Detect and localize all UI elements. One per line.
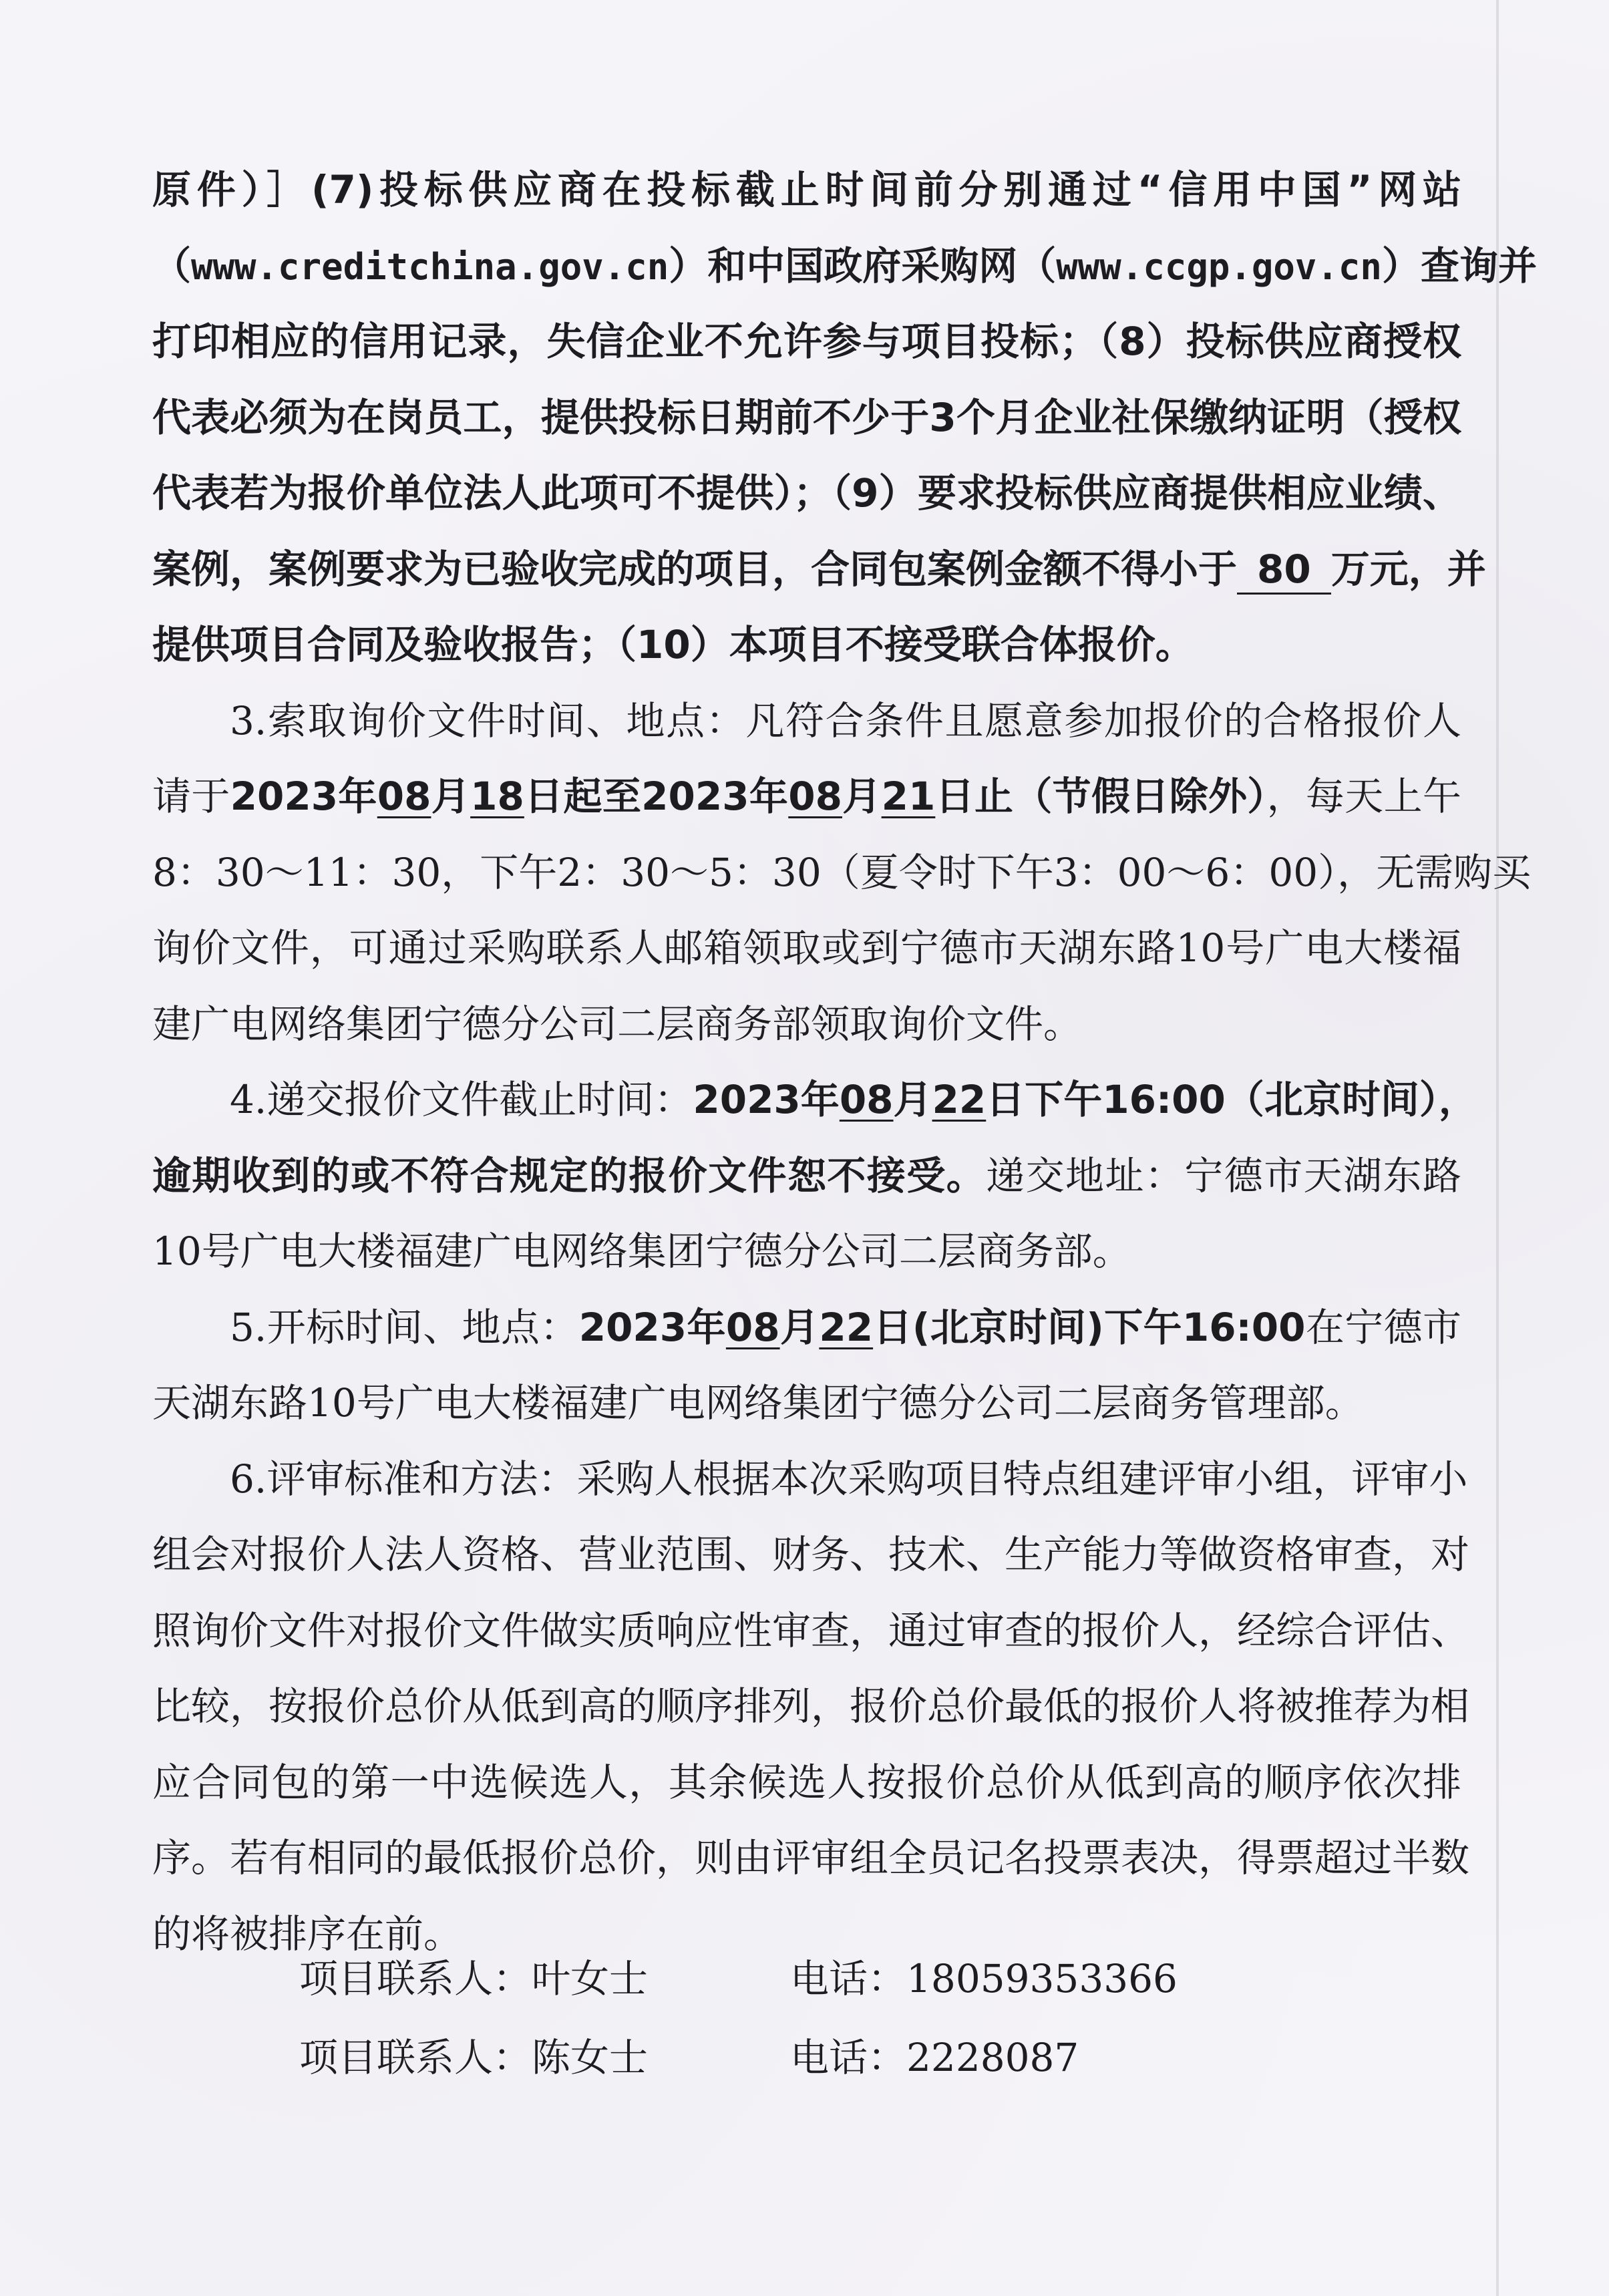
section-heading: 递交报价文件截止时间：: [266, 1077, 693, 1122]
text-line: 打印相应的信用记录，失信企业不允许参与项目投标；（8）投标供应商授权: [152, 304, 1461, 380]
text-line: 代表必须为在岗员工，提供投标日期前不少于3个月企业社保缴纳证明（授权: [152, 380, 1461, 456]
text-fragment: ）和中国政府采购网（: [669, 243, 1056, 289]
section-heading: 索取询价文件时间、地点：: [266, 698, 745, 744]
contact-phone: 电话：2228087: [790, 2026, 1079, 2082]
text-line: 询价文件，可通过采购联系人邮箱领取或到宁德市天湖东路10号广电大楼福: [152, 911, 1461, 987]
min-case-amount: 80: [1237, 546, 1331, 595]
ccgp-url: www.ccgp.gov.cn: [1056, 246, 1382, 288]
section-6-evaluation: 6.评审标准和方法：采购人根据本次采购项目特点组建评审小组，评审小 组会对报价人…: [152, 1442, 1461, 1973]
end-day: 21: [882, 774, 936, 819]
text-line: 10号广电大楼福建广电网络集团宁德分公司二层商务部。: [152, 1214, 1461, 1290]
deadline-time: 日下午16:00（北京时间），: [986, 1077, 1477, 1122]
deadline-month: 08: [840, 1077, 894, 1122]
deadline-day: 22: [932, 1077, 987, 1122]
contact-phone: 电话：18059353366: [790, 1947, 1178, 2003]
text-fragment: ）查询并: [1382, 243, 1537, 289]
text-line: 5.开标时间、地点：2023年08月22日(北京时间)下午16:00在宁德市: [152, 1290, 1461, 1366]
section-3-obtain-documents: 3.索取询价文件时间、地点：凡符合条件且愿意参加报价的合格报价人 请于2023年…: [152, 683, 1461, 1063]
start-year: 2023: [230, 774, 338, 819]
text-line: 组会对报价人法人资格、营业范围、财务、技术、生产能力等做资格审查，对: [152, 1517, 1461, 1593]
text-line: （www.creditchina.gov.cn）和中国政府采购网（www.ccg…: [152, 228, 1461, 305]
text-fragment: 采购人根据本次采购项目特点组建评审小组，评审小: [576, 1456, 1467, 1502]
text-line: 3.索取询价文件时间、地点：凡符合条件且愿意参加报价的合格报价人: [152, 683, 1461, 760]
opening-month: 08: [726, 1305, 780, 1350]
text-fragment: （: [152, 243, 191, 289]
opening-time: 日(北京时间)下午16:00: [873, 1305, 1305, 1350]
text-line: 4.递交报价文件截止时间：2023年08月22日下午16:00（北京时间），: [152, 1062, 1461, 1138]
office-hours-line: 8：30～11：30，下午2：30～5：30（夏令时下午3：00～6：00），无…: [152, 835, 1461, 911]
section-number: 5.: [230, 1305, 266, 1350]
text-line: 建广电网络集团宁德分公司二层商务部领取询价文件。: [152, 987, 1461, 1063]
text-line: 逾期收到的或不符合规定的报价文件恕不接受。递交地址：宁德市天湖东路: [152, 1138, 1461, 1214]
end-month: 08: [788, 774, 842, 819]
phone-number: 18059353366: [906, 1956, 1178, 2001]
late-submission-warning: 逾期收到的或不符合规定的报价文件恕不接受。: [152, 1153, 986, 1198]
contact-label: 项目联系人：叶女士: [299, 1947, 648, 2003]
contact-name: 陈女士: [532, 2035, 648, 2080]
text-fragment: 在宁德市: [1305, 1305, 1461, 1350]
text-line: 序。若有相同的最低报价总价，则由评审组全员记名投票表决，得票超过半数: [152, 1820, 1461, 1897]
page-edge-shadow: [1496, 0, 1499, 2296]
text-line: 提供项目合同及验收报告；（10）本项目不接受联合体报价。: [152, 607, 1461, 683]
text-fragment: 凡符合条件且愿意参加报价的合格报价人: [745, 698, 1461, 744]
section-5-bid-opening: 5.开标时间、地点：2023年08月22日(北京时间)下午16:00在宁德市 天…: [152, 1290, 1461, 1442]
text-fragment: ，每天上午: [1267, 774, 1461, 819]
section-4-submission-deadline: 4.递交报价文件截止时间：2023年08月22日下午16:00（北京时间）， 逾…: [152, 1062, 1461, 1290]
text-line: 照询价文件对报价文件做实质响应性审查，通过审查的报价人，经综合评估、: [152, 1593, 1461, 1669]
section-number: 3.: [230, 698, 266, 744]
text-fragment: 案例，案例要求为已验收完成的项目，合同包案例金额不得小于: [152, 546, 1237, 592]
submission-address: 递交地址：宁德市天湖东路: [986, 1153, 1461, 1198]
text-line: 天湖东路10号广电大楼福建广电网络集团宁德分公司二层商务管理部。: [152, 1365, 1461, 1442]
text-line: 比较，按报价总价从低到高的顺序排列，报价总价最低的报价人将被推荐为相: [152, 1669, 1461, 1745]
start-day: 18: [470, 774, 524, 819]
text-line: 案例，案例要求为已验收完成的项目，合同包案例金额不得小于80万元，并: [152, 532, 1461, 608]
opening-year: 2023: [579, 1305, 687, 1350]
text-fragment: 请于: [152, 774, 230, 819]
document-body: 原件）］(7)投标供应商在投标截止时间前分别通过“信用中国”网站 （www.cr…: [152, 152, 1461, 1972]
section-number: 6.: [230, 1456, 266, 1502]
text-line: 请于2023年08月18日起至2023年08月21日止（节假日除外），每天上午: [152, 759, 1461, 835]
end-year: 2023: [641, 774, 749, 819]
text-line: 6.评审标准和方法：采购人根据本次采购项目特点组建评审小组，评审小: [152, 1442, 1461, 1518]
contact-name: 叶女士: [532, 1956, 648, 2001]
start-month: 08: [377, 774, 431, 819]
text-line: 应合同包的第一中选候选人，其余候选人按报价总价从低到高的顺序依次排: [152, 1745, 1461, 1821]
text-fragment: 万元，并: [1331, 546, 1486, 592]
section-heading: 开标时间、地点：: [266, 1305, 578, 1350]
deadline-year: 2023: [693, 1077, 800, 1122]
credit-china-url: www.creditchina.gov.cn: [191, 246, 669, 288]
opening-day: 22: [819, 1305, 873, 1350]
section-number: 4.: [230, 1077, 266, 1122]
holiday-note: 日止（节假日除外）: [935, 774, 1266, 819]
requirements-paragraph: 原件）］(7)投标供应商在投标截止时间前分别通过“信用中国”网站 （www.cr…: [152, 152, 1461, 683]
scanned-page: 原件）］(7)投标供应商在投标截止时间前分别通过“信用中国”网站 （www.cr…: [0, 0, 1609, 2296]
section-heading: 评审标准和方法：: [266, 1456, 576, 1502]
text-line: 代表若为报价单位法人此项可不提供）；（9）要求投标供应商提供相应业绩、: [152, 456, 1461, 532]
phone-number: 2228087: [906, 2035, 1079, 2080]
contact-label: 项目联系人：陈女士: [299, 2026, 648, 2082]
text-line: 原件）］(7)投标供应商在投标截止时间前分别通过“信用中国”网站: [152, 152, 1461, 228]
